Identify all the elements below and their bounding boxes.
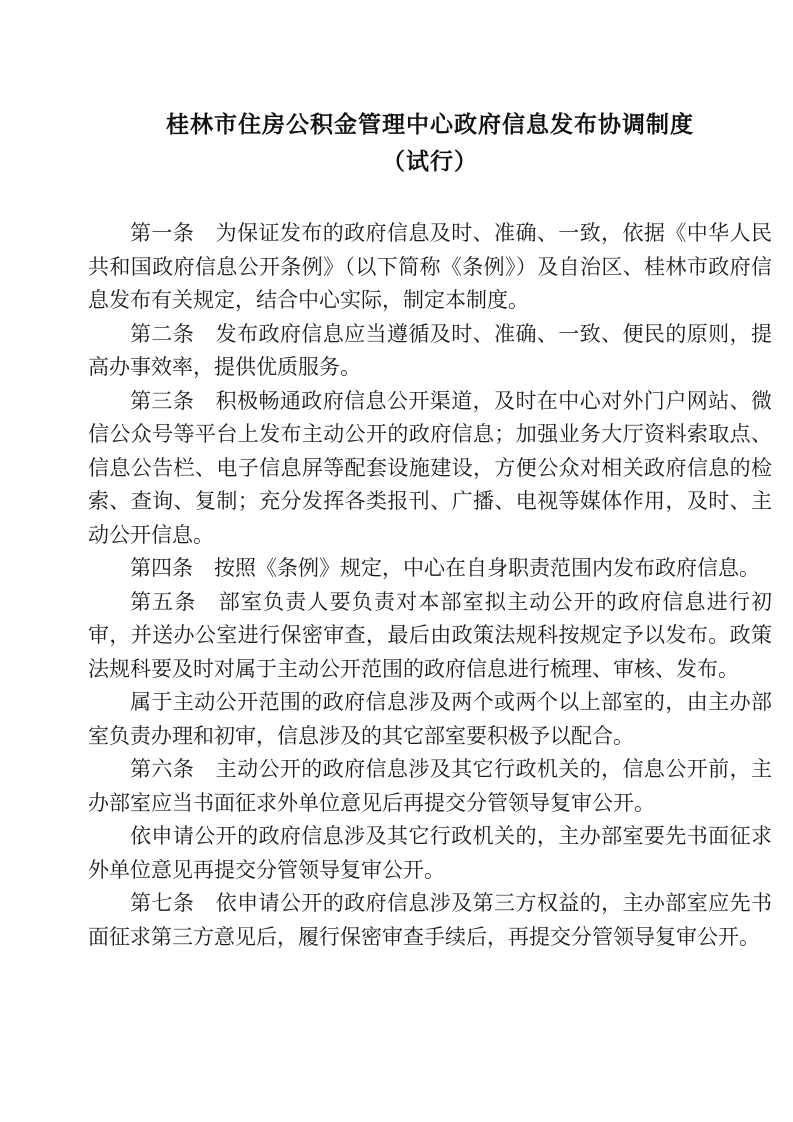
paragraph-article-3: 第三条 积极畅通政府信息公开渠道，及时在中心对外门户网站、微信公众号等平台上发布… [88, 385, 772, 553]
paragraph-article-4: 第四条 按照《条例》规定，中心在自身职责范围内发布政府信息。 [88, 552, 772, 586]
paragraph-article-6: 第六条 主动公开的政府信息涉及其它行政机关的，信息公开前，主办部室应当书面征求外… [88, 753, 772, 820]
paragraph-article-6-supplement: 依申请公开的政府信息涉及其它行政机关的，主办部室要先书面征求外单位意见再提交分管… [88, 820, 772, 887]
paragraph-article-5: 第五条 部室负责人要负责对本部室拟主动公开的政府信息进行初审，并送办公室进行保密… [88, 586, 772, 687]
document-subtitle: （试行） [88, 143, 772, 180]
document-content: 桂林市住房公积金管理中心政府信息发布协调制度 （试行） 第一条 为保证发布的政府… [88, 0, 772, 954]
paragraph-article-7: 第七条 依申请公开的政府信息涉及第三方权益的，主办部室应先书面征求第三方意见后，… [88, 887, 772, 954]
document-body: 第一条 为保证发布的政府信息及时、准确、一致，依据《中华人民共和国政府信息公开条… [88, 217, 772, 954]
paragraph-article-2: 第二条 发布政府信息应当遵循及时、准确、一致、便民的原则，提高办事效率，提供优质… [88, 318, 772, 385]
paragraph-article-5-supplement: 属于主动公开范围的政府信息涉及两个或两个以上部室的，由主办部室负责办理和初审，信… [88, 686, 772, 753]
document-page: 桂林市住房公积金管理中心政府信息发布协调制度 （试行） 第一条 为保证发布的政府… [0, 0, 793, 1122]
paragraph-article-1: 第一条 为保证发布的政府信息及时、准确、一致，依据《中华人民共和国政府信息公开条… [88, 217, 772, 318]
document-title: 桂林市住房公积金管理中心政府信息发布协调制度 [88, 106, 772, 143]
